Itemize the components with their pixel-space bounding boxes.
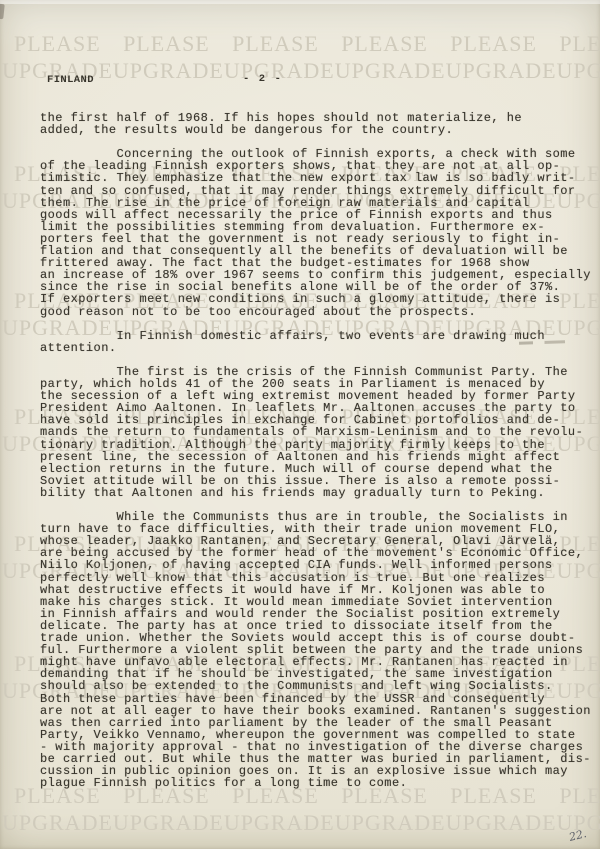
watermark-word: PLEASE — [232, 33, 319, 55]
watermark-word: UPGRADE — [224, 812, 335, 834]
country-label: FINLAND — [47, 74, 94, 86]
watermark-row: PLEASEPLEASEPLEASEPLEASEPLEASEPLEASE — [14, 33, 600, 55]
body-text: the first half of 1968. If his hopes sho… — [40, 112, 591, 789]
watermark-word: UPGRADE — [335, 60, 446, 82]
watermark-word: UPGRADE — [2, 812, 113, 834]
document-page: PLEASEPLEASEPLEASEPLEASEPLEASEPLEASEUPGR… — [0, 0, 600, 849]
watermark-word: PLEASE — [14, 33, 101, 55]
watermark-word: UPGRADE — [446, 812, 557, 834]
handwritten-note: 22. — [568, 827, 588, 844]
watermark-word: PLEASE — [341, 33, 428, 55]
watermark-word: UPGRADE — [113, 60, 224, 82]
watermark-word: UPGRADE — [113, 812, 224, 834]
watermark-word: PLEASE — [123, 33, 210, 55]
watermark-word: PLEASE — [559, 33, 600, 55]
paper-edge-nick — [0, 4, 5, 20]
watermark-row: UPGRADEUPGRADEUPGRADEUPGRADEUPGRADEUPGRA… — [2, 812, 600, 834]
page-number: - 2 - — [243, 73, 283, 85]
watermark-word: UPGRADE — [335, 812, 446, 834]
watermark-word: UPGRADE — [557, 60, 600, 82]
watermark-word: PLEASE — [450, 33, 537, 55]
watermark-word: UPGRADE — [446, 60, 557, 82]
